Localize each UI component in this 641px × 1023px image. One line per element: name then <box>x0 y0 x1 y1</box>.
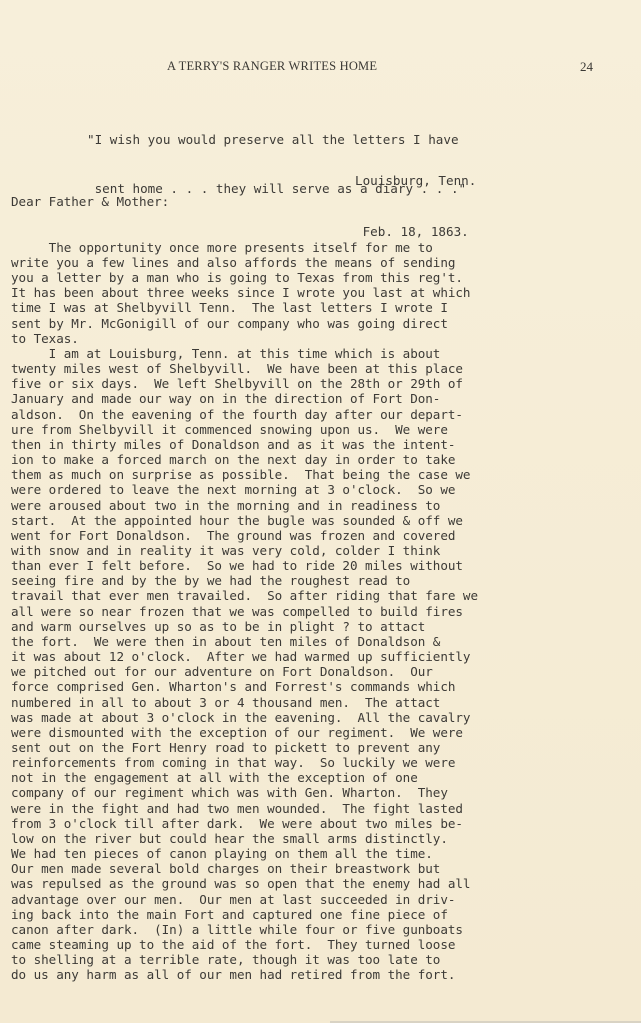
letter-line: was repulsed as the ground was so open t… <box>11 876 478 891</box>
letter-line: them as much on surprise as possible. Th… <box>11 467 478 482</box>
letter-line: reinforcements from coming in that way. … <box>11 755 478 770</box>
letter-line: It has been about three weeks since I wr… <box>11 285 478 300</box>
letter-line: I am at Louisburg, Tenn. at this time wh… <box>11 346 478 361</box>
letter-line: we pitched out for our adventure on Fort… <box>11 664 478 679</box>
page-number: 24 <box>580 59 593 75</box>
letter-line: sent by Mr. McGonigill of our company wh… <box>11 316 478 331</box>
letter-line: from 3 o'clock till after dark. We were … <box>11 816 478 831</box>
letter-line: were dismounted with the exception of ou… <box>11 725 478 740</box>
letter-line: advantage over our men. Our men at last … <box>11 892 478 907</box>
letter-line: do us any harm as all of our men had ret… <box>11 967 478 982</box>
letter-line: all were so near frozen that we was comp… <box>11 604 478 619</box>
document-page: A TERRY'S RANGER WRITES HOME 24 "I wish … <box>0 0 641 1023</box>
letter-line: to Texas. <box>11 331 478 346</box>
letter-line: twenty miles west of Shelbyvill. We have… <box>11 361 478 376</box>
letter-line: and warm ourselves up so as to be in pli… <box>11 619 478 634</box>
letter-line: write you a few lines and also affords t… <box>11 255 478 270</box>
letter-line: The opportunity once more presents itsel… <box>11 240 478 255</box>
letter-line: time I was at Shelbyvill Tenn. The last … <box>11 300 478 315</box>
letter-line: then in thirty miles of Donaldson and as… <box>11 437 478 452</box>
letter-salutation: Dear Father & Mother: <box>11 194 478 209</box>
letter-line: than ever I felt before. So we had to ri… <box>11 558 478 573</box>
letter-line: to shelling at a terrible rate, though i… <box>11 952 478 967</box>
letter-line: the fort. We were then in about ten mile… <box>11 634 478 649</box>
letter-line: force comprised Gen. Wharton's and Forre… <box>11 679 478 694</box>
letter-line: January and made our way on in the direc… <box>11 391 478 406</box>
letter-body: Dear Father & Mother: The opportunity on… <box>11 164 478 983</box>
letter-line: canon after dark. (In) a little while fo… <box>11 922 478 937</box>
letter-line: were ordered to leave the next morning a… <box>11 482 478 497</box>
letter-line: it was about 12 o'clock. After we had wa… <box>11 649 478 664</box>
letter-line: ing back into the main Fort and captured… <box>11 907 478 922</box>
letter-line: came steaming up to the aid of the fort.… <box>11 937 478 952</box>
letter-line: you a letter by a man who is going to Te… <box>11 270 478 285</box>
letter-line: company of our regiment which was with G… <box>11 785 478 800</box>
letter-line: sent out on the Fort Henry road to picke… <box>11 740 478 755</box>
letter-line: was made at about 3 o'clock in the eaven… <box>11 710 478 725</box>
letter-line: were aroused about two in the morning an… <box>11 498 478 513</box>
letter-line: went for Fort Donaldson. The ground was … <box>11 528 478 543</box>
letter-line: low on the river but could hear the smal… <box>11 831 478 846</box>
letter-line: seeing fire and by the by we had the rou… <box>11 573 478 588</box>
letter-line: ure from Shelbyvill it commenced snowing… <box>11 422 478 437</box>
letter-line: We had ten pieces of canon playing on th… <box>11 846 478 861</box>
letter-line: not in the engagement at all with the ex… <box>11 770 478 785</box>
letter-line: aldson. On the eavening of the fourth da… <box>11 407 478 422</box>
letter-line: were in the fight and had two men wounde… <box>11 801 478 816</box>
letter-line: with snow and in reality it was very col… <box>11 543 478 558</box>
letter-line: numbered in all to about 3 or 4 thousand… <box>11 695 478 710</box>
letter-line: travail that ever men travailed. So afte… <box>11 588 478 603</box>
running-title: A TERRY'S RANGER WRITES HOME <box>167 59 377 74</box>
letter-line: ion to make a forced march on the next d… <box>11 452 478 467</box>
letter-line: five or six days. We left Shelbyvill on … <box>11 376 478 391</box>
letter-line: Our men made several bold charges on the… <box>11 861 478 876</box>
letter-line: start. At the appointed hour the bugle w… <box>11 513 478 528</box>
